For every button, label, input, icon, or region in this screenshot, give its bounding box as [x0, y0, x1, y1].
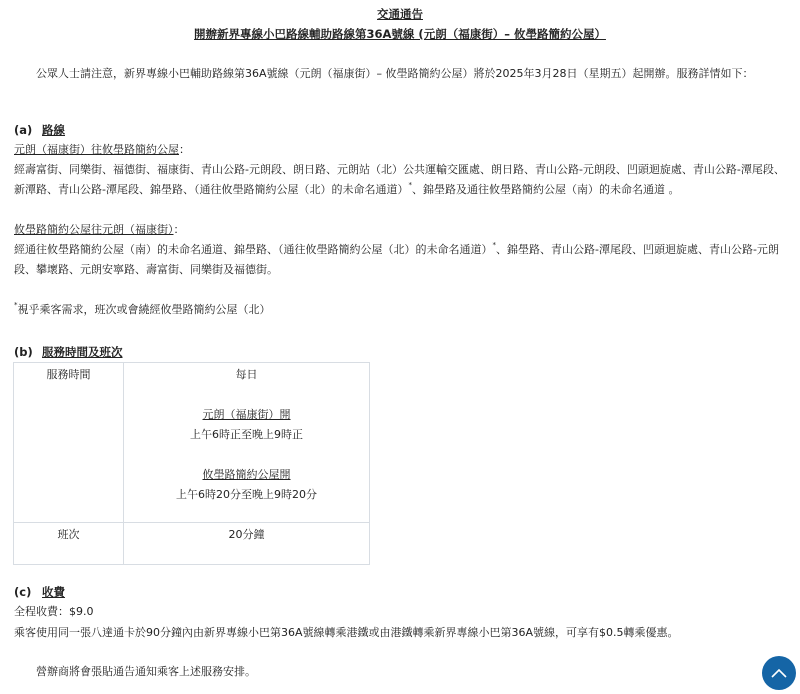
section-a-heading: (a) 路線 — [14, 120, 790, 140]
route2-heading: 攸壆路簡約公屋往元朗（福康街）： — [14, 220, 790, 240]
closing-paragraph: 營辦商將會張貼通告通知乘客上述服務安排。 — [14, 662, 790, 682]
notice-title: 交通通告 — [0, 4, 800, 24]
frequency-value: 20分鐘 — [124, 523, 370, 565]
footnote-text: 視乎乘客需求，班次或會繞經攸壆路簡約公屋（北） — [18, 303, 271, 316]
route1-heading: 元朗（福康街）往攸壆路簡約公屋： — [14, 140, 790, 160]
footnote: *視乎乘客需求，班次或會繞經攸壆路簡約公屋（北） — [14, 300, 790, 320]
section-c-heading: (c) 收費 — [14, 582, 790, 602]
frequency-label: 班次 — [14, 523, 124, 565]
section-a-label: (a) — [14, 120, 38, 140]
section-c-label: (c) — [14, 582, 38, 602]
from-yuen-long-hours: 上午6時正至晚上9時正 — [128, 425, 365, 445]
route2-body-part1: 經通往攸壆路簡約公屋（南）的未命名通道、錦壆路、（通往攸壆路簡約公屋（北）的未命… — [14, 243, 493, 256]
route2-heading-text: 攸壆路簡約公屋往元朗（福康街） — [14, 223, 174, 236]
section-c-title: 收費 — [42, 585, 65, 599]
from-yuen-long-heading: 元朗（福康街）開 — [203, 408, 291, 421]
fare-text: 全程收費：$9.0 — [14, 602, 790, 622]
section-a-title: 路線 — [42, 123, 65, 137]
route2-body: 經通往攸壆路簡約公屋（南）的未命名通道、錦壆路、（通往攸壆路簡約公屋（北）的未命… — [14, 240, 789, 280]
route1-body: 經壽富街、同樂街、福德街、福康街、青山公路-元朗段、朗日路、元朗站（北）公共運輸… — [14, 160, 789, 200]
route1-body-part2: 、錦壆路及通往攸壆路簡約公屋（南）的未命名通道 。 — [412, 183, 680, 196]
route1-colon: ： — [179, 143, 190, 156]
service-table: 服務時間 每日 元朗（福康街）開 上午6時正至晚上9時正 攸壆路簡約公屋開 上午… — [13, 362, 370, 565]
transfer-discount-text: 乘客使用同一張八達通卡於90分鐘內由新界專線小巴第36A號線轉乘港鐵或由港鐵轉乘… — [14, 623, 790, 643]
from-yau-pok-heading: 攸壆路簡約公屋開 — [203, 468, 291, 481]
route1-heading-text: 元朗（福康街）往攸壆路簡約公屋 — [14, 143, 179, 156]
notice-subtitle-text: 開辦新界專線小巴路線輔助路線第36A號線 (元朗（福康街）– 攸壆路簡約公屋） — [194, 27, 606, 41]
notice-title-text: 交通通告 — [377, 7, 423, 21]
intro-paragraph: 公眾人士請注意，新界專線小巴輔助路線第36A號線（元朗（福康街）– 攸壆路簡約公… — [14, 64, 790, 84]
route2-colon: ： — [174, 223, 185, 236]
section-b-heading: (b) 服務時間及班次 — [14, 342, 790, 362]
service-day: 每日 — [128, 365, 365, 385]
service-hours-label: 服務時間 — [14, 363, 124, 523]
table-row-frequency: 班次 20分鐘 — [14, 523, 370, 565]
table-row-service-hours: 服務時間 每日 元朗（福康街）開 上午6時正至晚上9時正 攸壆路簡約公屋開 上午… — [14, 363, 370, 523]
chevron-up-icon — [771, 668, 787, 678]
from-yau-pok-hours: 上午6時20分至晚上9時20分 — [128, 485, 365, 505]
service-hours-cell: 每日 元朗（福康街）開 上午6時正至晚上9時正 攸壆路簡約公屋開 上午6時20分… — [124, 363, 370, 523]
notice-subtitle: 開辦新界專線小巴路線輔助路線第36A號線 (元朗（福康街）– 攸壆路簡約公屋） — [0, 24, 800, 44]
back-to-top-button[interactable] — [762, 656, 796, 690]
section-b-title: 服務時間及班次 — [42, 345, 123, 359]
section-b-label: (b) — [14, 342, 38, 362]
